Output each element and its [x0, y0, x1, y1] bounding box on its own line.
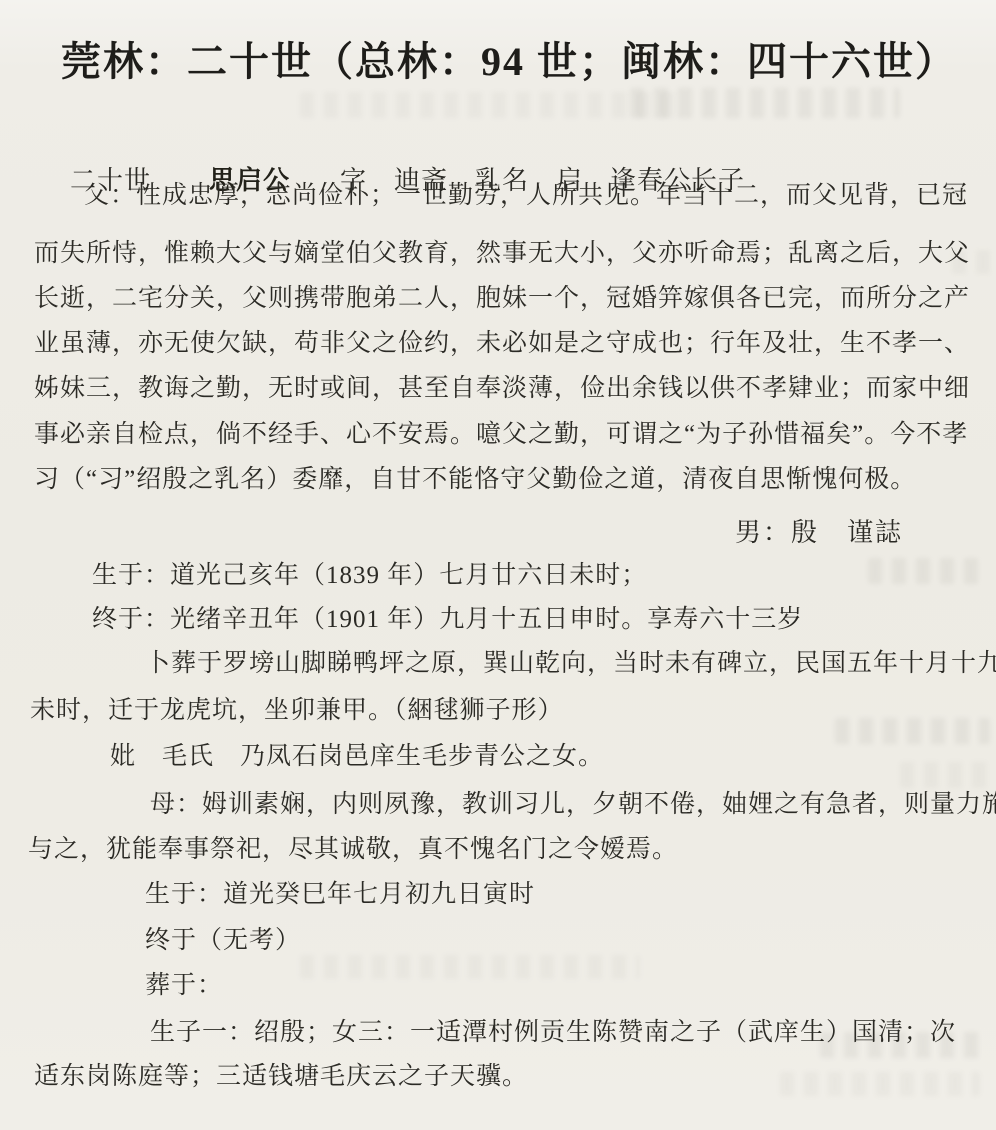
subject-burial-line: 未时，迁于龙虎坑，坐卯兼甲。（綑毬狮子形）: [30, 696, 564, 726]
wife-burial-line: 葬于：: [145, 971, 223, 1001]
mother-eulogy-line: 母：姆训素娴，内则夙豫，教训习儿，夕朝不倦，妯娌之有急者，则量力施: [150, 790, 996, 820]
bleed-through-artifact: [780, 1072, 980, 1096]
father-eulogy-line: 习（“习”绍殷之乳名）委靡，自甘不能恪守父勤俭之道，清夜自思惭愧何极。: [34, 465, 916, 495]
mother-eulogy-line: 与之，犹能奉事祭祀，尽其诚敬，真不愧名门之令嫒焉。: [28, 835, 678, 865]
bleed-through-artifact: [835, 718, 990, 744]
father-eulogy-line: 业虽薄，亦无使欠缺，苟非父之俭约，未必如是之守成也；行年及壮，生不孝一、: [34, 329, 970, 359]
wife-birth-line: 生于：道光癸巳年七月初九日寅时: [145, 880, 535, 910]
bleed-through-artifact: [630, 88, 900, 118]
page-title: 莞林：二十世（总林：94 世；闽林：四十六世）: [0, 30, 996, 87]
subject-death-line: 终于：光绪辛丑年（1901 年）九月十五日申时。享寿六十三岁: [92, 605, 803, 635]
wife-death-line: 终于（无考）: [145, 926, 301, 956]
children-record-line: 生子一：绍殷；女三：一适潭村例贡生陈赞南之子（武庠生）国清；次: [150, 1018, 956, 1048]
wife-record-line: 妣 毛氏 乃凤石岗邑庠生毛步青公之女。: [110, 742, 604, 772]
father-eulogy-line: 事必亲自检点，倘不经手、心不安焉。噫父之勤，可谓之“为子孙惜福矣”。今不孝: [34, 420, 968, 450]
children-record-line: 适东岗陈庭等；三适钱塘毛庆云之子天骥。: [34, 1062, 528, 1092]
eulogy-signature: 男：殷 谨誌: [735, 518, 903, 548]
genealogy-scan-page: 莞林：二十世（总林：94 世；闽林：四十六世） 二十世思启公字 迪斋 乳名 启 …: [0, 0, 996, 1130]
subject-burial-line: 卜葬于罗塝山脚睇鸭坪之原，巽山乾向，当时未有碑立，民国五年十月十九日: [145, 649, 996, 679]
father-eulogy-line: 而失所恃，惟赖大父与嫡堂伯父教育，然事无大小，父亦听命焉；乱离之后，大父: [34, 239, 970, 269]
bleed-through-artifact: [300, 955, 640, 979]
bleed-through-artifact: [900, 762, 990, 788]
subject-birth-line: 生于：道光己亥年（1839 年）七月廿六日未时；: [92, 561, 647, 591]
father-eulogy-line: 姊妹三，教诲之勤，无时或间，甚至自奉淡薄，俭出余钱以供不孝肄业；而家中细: [34, 374, 970, 404]
father-eulogy-line: 父：性成忠厚，志尚俭朴；一世勤劳，人所共见。年当十二，而父见背，已冠: [84, 181, 968, 211]
father-eulogy-line: 长逝，二宅分关，父则携带胞弟二人，胞妹一个，冠婚笄嫁俱各已完，而所分之产: [34, 284, 970, 314]
bleed-through-artifact: [300, 92, 680, 118]
bleed-through-artifact: [868, 558, 988, 584]
